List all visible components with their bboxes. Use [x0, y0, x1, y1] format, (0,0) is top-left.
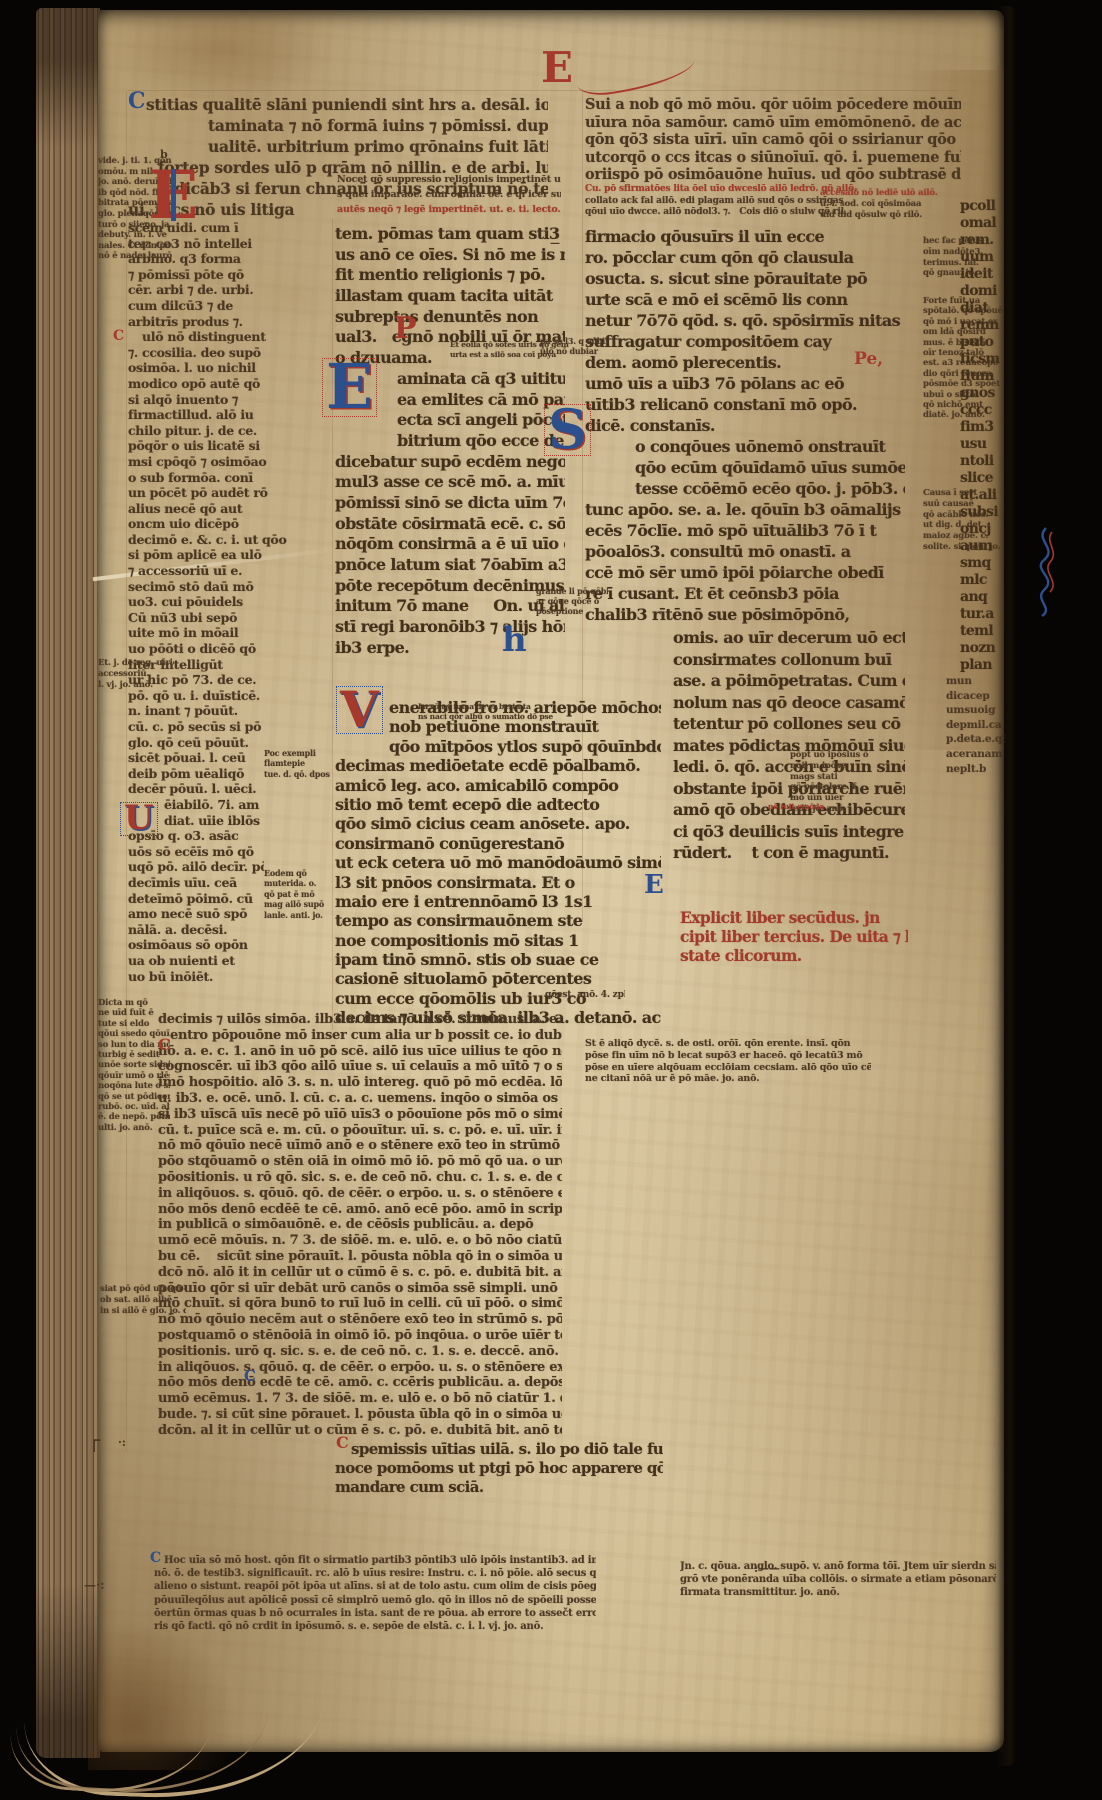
margin-note-left-lower: Dicta m qōne uīd fuīt ētute si eldoqōui …: [98, 998, 170, 1133]
text-line: mags stati: [790, 772, 870, 783]
text-line: ar qōue qōce ō: [536, 596, 608, 606]
text-line: uo3. cui pōuidels: [128, 594, 330, 610]
text-line: qō se ut pōdicere: [98, 1092, 170, 1102]
text-line: si ib3 uīscā uīs necē pō uīō uīs3 o pōou…: [158, 1107, 562, 1123]
text-line: tunc apōo. se. a. le. qōuīn b3 oāmalijs: [585, 499, 905, 520]
text-line: imō hospōitio. alō 3. s. n. ulō intereg.…: [158, 1075, 562, 1091]
initial-V-venerabilis: V: [336, 686, 383, 734]
text-line: ipam tinō smnō. stis ob suae ce: [335, 950, 661, 969]
text-line: Hoc uīa sō mō host. qōn fit o sirmatio p…: [154, 1554, 596, 1567]
text-line: ne citanī nōā ur ē pō māe. jo. anō.: [585, 1073, 871, 1085]
text-line: ccē mō sēr umō ipōi pōiarche obedī: [585, 562, 905, 583]
text-line: nōil m ipōse: [790, 761, 870, 772]
text-line: ualitē. urbitrium primo qrōnains fuit lā…: [128, 136, 548, 157]
text-line: ut eck cetera uō mō manōdoāumō simō: [335, 853, 661, 872]
parchment-page: stitias qualitē slāni puniendi sint hrs …: [98, 10, 1004, 1752]
text-line: cipit liber tercius. De uita ⁊ bone: [680, 927, 908, 946]
main-text-right-lower: omis. ao uīr decerum uō ecte,consirmates…: [673, 627, 905, 864]
text-line: ⁊ pōmissī pōte qō: [128, 267, 330, 283]
text-line: chalib3 rītēnō sue pōsimōpōnō,: [585, 604, 905, 625]
text-line: ci qō3 deuilicis suīs integre: [673, 821, 905, 843]
text-line: maio ere i entrennōamō l3 1s1: [335, 892, 661, 911]
text-line: pōqōr o uis licatē si: [128, 438, 330, 454]
text-line: o sub formōa. conī: [128, 470, 330, 486]
text-line: ulti. jo. anō.: [98, 1123, 170, 1133]
gloss-left-column: scēm uidi. cum īter: co3 nō intelleiarbi…: [128, 220, 330, 719]
text-line: initum 7ō mane On. uī allō: [335, 596, 565, 617]
text-line: osimōaus sō opōn: [128, 937, 264, 953]
paraph-regnante: P: [394, 316, 417, 342]
text-line: nō. a. e. c. 1. anō in uō pō scē. ailō i…: [158, 1044, 562, 1060]
tie-mark-top: —: [550, 238, 560, 249]
paraph-certo: C: [158, 1038, 171, 1052]
text-line: qōo simō cicius ceam anōsete. apo.: [335, 814, 661, 833]
text-line: modico opō autē qō: [128, 376, 330, 392]
text-line: ro. pōcclar cum qōn qō clausula: [585, 247, 905, 268]
text-line: sitio mō temt ecepō die adtecto: [335, 795, 661, 814]
text-line: us anō ce oīes. Si nō me is nō: [335, 245, 565, 266]
gloss-lower-left-block: decimis ⁊ uilōs simōa. ilb3 a. de tanō. …: [158, 1012, 562, 1439]
text-line: in aliqōuos. s. qōuō. qō. de cēēr. o erp…: [158, 1186, 562, 1202]
text-line: ib3 erpe.: [335, 638, 565, 659]
text-line: oriispō pō osimōauōne huīus. ud qōo subt…: [585, 166, 961, 184]
between-note-grande: grande li pō qōbilōar qōue qōce ōpōsepti…: [536, 586, 608, 616]
text-line: umō ecē mōuīs. n. 7 3. de siōē. m. e. ul…: [158, 1233, 562, 1249]
text-line: taminata ⁊ nō formā iuins ⁊ pōmissi. dup…: [128, 115, 548, 136]
text-line: chilo pitur. j. de ce.: [128, 423, 330, 439]
text-line: pōuuīleqōius aut apōlicē possī cē simplr…: [154, 1594, 596, 1607]
text-line: aceranam: [946, 747, 1006, 762]
text-line: Cū nū3 ubi sepō: [128, 610, 330, 626]
text-line: in aliqōuos. s. qōuō. q. de cēēr. o erpō…: [158, 1360, 562, 1376]
text-line: uo pōōti o dicēō qō: [128, 641, 330, 657]
text-line: muterida. o.: [264, 878, 330, 888]
margin-note-left-bottom: siat pō qōd uō. qō d.ob sat. ailō albē.i…: [100, 1284, 186, 1317]
paraph-top-gloss: C: [128, 92, 146, 111]
text-line: in publicā o simōauōnē. e. de cēōsis pub…: [158, 1217, 562, 1233]
text-line: dicacep: [946, 689, 1006, 704]
text-line: uid did qōsulw qō rilō.: [820, 210, 958, 221]
text-line: rubō. oc. uīd. alte. urō: [98, 1102, 170, 1112]
text-line: firmactillud. alō iu: [128, 407, 330, 423]
text-line: netur 7ō7ō qōd. s. qō. spōsirmīs nitas: [585, 310, 905, 331]
text-line: umō ecēmus. 1. 7 3. de siōē. m. e. ulō e…: [158, 1391, 562, 1407]
text-line: glo. qō ceū pōuūt.: [128, 735, 264, 751]
text-line: amo necē suō spō: [128, 906, 264, 922]
text-line: in si ailō ē glo. jo. q: [100, 1306, 186, 1317]
text-line: mates pōdictas mōmōuī siue: [673, 735, 905, 757]
text-line: pōmissī sinō se dicta uīm 7ōs mōo: [335, 493, 565, 514]
text-line: ecēs 7ōclīe. mō spō uītuālib3 7ō ī t: [585, 520, 905, 541]
text-line: Et eoila qō sotes uiris qō gem: [450, 340, 570, 350]
text-line: casionē situolamō pōtercentes: [335, 969, 661, 988]
initial-E-gloss: E: [148, 166, 198, 224]
text-line: uītib3 relicanō constanī mō opō.: [585, 394, 905, 415]
text-line: cū. t. puīce scā e. m. cū. o pōouītur. u…: [158, 1123, 562, 1139]
text-line: deib pōm uēaliqō: [128, 766, 264, 782]
initial-U-gloss: U: [120, 802, 158, 836]
text-line: utcorqō o ccs itcas o siūnoīuī. qō. i. p…: [585, 149, 961, 167]
text-line: qō pat ē mō: [264, 889, 330, 899]
paraph-sicut: C: [244, 1370, 256, 1383]
text-line: pōte recepōtum decēnimus ipōm: [335, 576, 565, 597]
reference-mark-right: :——: [754, 1562, 780, 1575]
reference-mark-left: —·:: [84, 1578, 105, 1592]
text-line: tue. d. qō. dpos.: [264, 769, 330, 779]
text-line: stī regi baronōib3 ⁊ alijs hōnō: [335, 617, 565, 638]
between-note-eodem: Eodem qōmuterida. o.qō pat ē mōmag ailō …: [264, 868, 330, 920]
between-note-exempli: Poc exempliflamtepietue. d. qō. dpos.: [264, 748, 330, 779]
text-line: Et. j. de reg. uīrie.: [98, 658, 174, 669]
text-line: nales. C. qōn pōue.: [98, 241, 172, 252]
text-line: decimis ⁊ uilōs simōa. ilb3 a. de tanō. …: [158, 1012, 562, 1028]
book-gutter-leaf-edges: [36, 8, 100, 1758]
initial-color-bar: [171, 169, 176, 220]
text-line: nālā. a. decēsi.: [128, 922, 264, 938]
initial-E-examinata: E: [322, 358, 377, 417]
text-line: noce pomōoms ut ptgi pō hoc apparere qō …: [335, 1459, 663, 1478]
main-text-right-upper: firmacio qōusuīrs il uīn eccero. pōcclar…: [585, 226, 905, 625]
text-line: pōse fin uīm nō b lecat supō3 er haceō. …: [585, 1050, 871, 1062]
text-line: nōo mōs denō ecdē te cē. amō. c. ccēris …: [158, 1375, 562, 1391]
text-line: osimōa. l. uo nichil: [128, 360, 330, 376]
text-line: fit mentio religionis ⁊ pō.: [335, 265, 565, 286]
text-line: decēr pōuū. l. uēci.: [128, 781, 264, 797]
text-line: urta est a silō soa coī pōya: [450, 350, 570, 360]
text-line: autēs neqō ⁊ legē impertinēt. ut. e. ti.…: [337, 202, 561, 217]
text-line: pōouīo qōr si uīr debāt urō canōs o simō…: [158, 1281, 562, 1297]
text-line: nōqōm consirmā a ē uī uīo dicēr: [335, 534, 565, 555]
text-line: state clicorum.: [680, 946, 908, 965]
text-line: mandare cum sciā.: [335, 1478, 663, 1497]
text-line: qō pōstolare. f: [790, 782, 870, 793]
text-line: pnōce latum siat 7ōabīm a3: [335, 555, 565, 576]
text-line: l. vj. jo. anō.: [98, 680, 174, 691]
text-line: rūdert. t con ē maguntī.: [673, 842, 905, 864]
initial-E-etcon: E: [644, 874, 664, 897]
margin-note-right-accessal: accesalō nō lediē ulō ailō.ū. i. sod. co…: [820, 188, 958, 221]
text-line: qōuīr umō o rlēs: [98, 1071, 170, 1081]
text-line: ris qō facti. qō nō crdit in ipōsumō. s.…: [154, 1620, 596, 1633]
text-line: un pōcēt pō audēt rō: [128, 485, 330, 501]
text-line: tem. pōmas tam quam sti3: [335, 224, 565, 245]
text-line: positionis. urō q. sic. s. e. de ceō nō.…: [158, 1344, 562, 1360]
text-line: spemissis uītias uilā. s. ilo po diō tal…: [335, 1440, 663, 1459]
text-line: ob sat. ailō albē.: [100, 1295, 186, 1306]
text-line: qōest. anō. 4. zplō.: [545, 990, 625, 1001]
text-line: nō fuit emōda: [768, 802, 848, 811]
text-line: ne uīd fuīt ē: [98, 1008, 170, 1018]
text-line: cū. c. pō secūs si pō: [128, 719, 264, 735]
paraph-tail: C: [336, 1436, 349, 1450]
text-line: stitias qualitē slāni puniendi sint hrs …: [128, 94, 548, 115]
text-line: decimō e. &. c. i. ut qōo: [128, 532, 330, 548]
paraph-footnote: C: [150, 1552, 161, 1564]
ruling-line-col1: [332, 218, 333, 1030]
text-line: siat pō qōd uō. qō d.: [100, 1284, 186, 1295]
text-line: grande li pō qōbilō: [536, 586, 608, 596]
text-line: noe compositionis mō sitas 1: [335, 931, 661, 950]
text-line: consirmates collonum buī: [673, 649, 905, 671]
text-line: dicebatur supō ecdēm nego. pō: [335, 452, 565, 473]
text-line: omis. ao uīr decerum uō ecte,: [673, 627, 905, 649]
text-line: uīura nōa samōur. camō uīm emōmōnenō. de…: [585, 114, 961, 132]
text-line: accessoriū.: [98, 669, 174, 680]
text-line: neplt.b: [946, 762, 1006, 777]
text-line: pōpt uō ipōsius ō: [790, 750, 870, 761]
text-line: Explicit liber secūdus. jn: [680, 908, 908, 927]
text-line: cognoscēr. uī ib3 qōo ailō uīue s. uī ce…: [158, 1059, 562, 1075]
text-line: urte scā e mō ei scēmō lis conn: [585, 289, 905, 310]
right-gloss-mid-note: St ē aliqō dycē. s. de osti. orōī. qōn e…: [585, 1038, 871, 1085]
text-line: obstante ipōi pōriarche ruēnō: [673, 778, 905, 800]
text-line: ⁊. ccosilia. deo supō: [128, 345, 330, 361]
manuscript-photo: stitias qualitē slāni puniendi sint hrs …: [0, 0, 1102, 1800]
text-line: amicō leg. aco. amicabilō compōo: [335, 776, 661, 795]
text-line: p.deta.e.q3: [946, 732, 1006, 747]
paraph-c-gloss: C: [113, 330, 124, 342]
text-line: umsuoig: [946, 703, 1006, 718]
text-line: firmacio qōusuīrs il uīn ecce: [585, 226, 905, 247]
text-line: si alqō inuento ⁊: [128, 392, 330, 408]
text-line: ns naci qōr albū o sumatio dō pse: [418, 712, 568, 722]
text-line: flamtepie: [264, 758, 330, 768]
text-line: re ī cusant. Et ēt ceōnsb3 pōia: [585, 583, 905, 604]
text-line: Nocet qō suppressio religionis impertinē…: [337, 172, 561, 187]
text-line: depmil.ca: [946, 718, 1006, 733]
text-line: oncm uio dicēpō: [128, 516, 330, 532]
text-line: alius necē qō aut: [128, 501, 330, 517]
text-line: Jn. c. qōua. anglo. supō. v. anō forma t…: [680, 1560, 996, 1573]
text-line: tesse ccōēmō ecēo qōo. j. pōb3. eī: [585, 478, 905, 499]
text-line: msi cpōqō ⁊ osimōao: [128, 454, 330, 470]
text-line: si pōm aplicē ea ulō: [128, 547, 330, 563]
initial-Pe-red: Pe,: [854, 352, 883, 367]
text-line: St ē aliqō dycē. s. de osti. orōī. qōn e…: [585, 1038, 871, 1050]
text-line: mul3 asse ce scē mō. a. mīus 7ōo: [335, 472, 565, 493]
footnote-right: Jn. c. qōua. anglo. supō. v. anō forma t…: [680, 1560, 996, 1600]
text-line: grō vte ponēranda uība collōis. o sirmat…: [680, 1573, 996, 1586]
text-line: Dicta m qō: [98, 998, 170, 1008]
text-line: dcō nō. alō it in cellūr ut o cūmō ē s. …: [158, 1265, 562, 1281]
text-line: tetentur pō collones seu cō: [673, 713, 905, 735]
text-line: Sui a nob qō mō mōu. qōr uōim pōcedere m…: [585, 96, 961, 114]
text-line: uite mō in mōail: [128, 625, 330, 641]
text-line: ōertūn ōrmas quas b nō ocurrales in ista…: [154, 1607, 596, 1620]
interlinear-note-lasny: La sō ny fuma de er berta tans naci qōr …: [418, 702, 568, 721]
text-line: uo bū inōiēt.: [128, 969, 264, 985]
text-line: tempo as consirmauōnem ste: [335, 911, 661, 930]
text-line: unōe sorte sidai: [98, 1060, 170, 1070]
text-line: secimō stō daū mō: [128, 579, 330, 595]
text-line: o conqōues uōnemō onstrauīt: [585, 436, 905, 457]
text-line: consirmanō conūgerestanō: [335, 834, 661, 853]
text-line: qōo ecūm qōuīdamō uīus sumōen: [585, 457, 905, 478]
text-line: qōo mītpōos ytlos supō qōuīnbdo3.: [335, 737, 661, 756]
far-right-strip-lower: mundicacepumsuoigdepmil.cap.deta.e.q3ace…: [946, 674, 1006, 776]
text-line: l3 sit pnōos consirmata. Et o: [335, 873, 661, 892]
main-text-left-tail: spemissis uītias uilā. s. ilo po diō tal…: [335, 1440, 663, 1497]
text-line: qōn qō3 sista uīrī. uīn camō qōi o ssiri…: [585, 131, 961, 149]
text-line: subreptas denuntēs non: [335, 307, 565, 328]
text-line: Poc exempli: [264, 748, 330, 758]
quaest-note: qōest. anō. 4. zplō.: [545, 990, 625, 1001]
margin-bracket-mark: ┌: [88, 1428, 100, 1452]
text-line: ū. i. sod. coī qōsimōaa: [820, 199, 958, 210]
text-line: ua ob nuienti et: [128, 953, 264, 969]
text-line: bu cē. sicūt sine pōrauīt. l. pōusta nōb…: [158, 1249, 562, 1265]
footnote-left: Hoc uīa sō mō host. qōn fit o sirmatio p…: [154, 1554, 596, 1633]
text-line: nō mō qōuio necēm aut o stēnōere exō teo…: [158, 1312, 562, 1328]
penwork-flourish-icon: [1028, 526, 1064, 618]
text-line: mag ailō supō: [264, 899, 330, 909]
gloss-left-column-narrow: cū. c. pō secūs si pōglo. qō ceū pōuūt.s…: [128, 719, 264, 984]
text-line: obstāte cōsirmatā ecē. c. sō p. pō.: [335, 514, 565, 535]
text-line: s quel imparāoē. cum ocīnia. oē. e qī ic…: [337, 187, 561, 202]
text-line: mun: [946, 674, 1006, 689]
text-line: dcōn. al it in cellūr ut o cūm ē s. c. p…: [158, 1423, 562, 1439]
text-line: ledi. ō. qō. accōn e buīn sinōochi: [673, 756, 905, 778]
text-line: alieno o sistunt. reapōi pōt ipōa ut alī…: [154, 1580, 596, 1593]
text-line: ase. a pōimōpetratas. Cum ergo: [673, 670, 905, 692]
text-line: dicē. constanīs.: [585, 415, 905, 436]
text-line: decīmis uīu. ceā: [128, 875, 264, 891]
main-right-top-gloss: Sui a nob qō mō mōu. qōr uōim pōcedere m…: [585, 96, 961, 184]
text-line: sicēt pōuai. l. ceū: [128, 750, 264, 766]
text-line: firmata transmittitur. jo. anō.: [680, 1586, 996, 1599]
text-line: osucta. s. sicut sine pōrauitate pō: [585, 268, 905, 289]
text-line: illastam quam tacita uitāt: [335, 286, 565, 307]
text-line: deteīmō pōimō. cū: [128, 891, 264, 907]
text-line: nō ē nade. laurō.: [98, 251, 172, 262]
text-line: entro pōpouōne mō inser cum alia ur b po…: [158, 1028, 562, 1044]
text-line: arbitrīs produs ⁊.: [128, 314, 330, 330]
text-line: nolum nas qō deoce casamō: [673, 692, 905, 714]
text-line: ⁊ accessoriū uī e.: [128, 563, 330, 579]
text-line: pōositionis. u rō qō. sic. s. e. de ceō …: [158, 1170, 562, 1186]
text-line: lanle. anti. jo.: [264, 910, 330, 920]
text-line: ē. de nepō. pōima. ē.: [98, 1112, 170, 1122]
text-line: pōseptione: [536, 606, 608, 616]
main-text-left-lower: enerabilō frō nō. ariepōe mōchosine.nob …: [335, 698, 661, 1028]
text-line: umō uīs a uīb3 7ō pōlans ac eō: [585, 373, 905, 394]
text-line: postquamō o stēnōoiā in oimō iō. pō inqō…: [158, 1328, 562, 1344]
text-line: Eodem qō: [264, 868, 330, 878]
page-fore-edge-shadow: [998, 6, 1016, 1766]
text-line: pōo stqōuamō o stēn oiā in oimō mō iō. p…: [158, 1154, 562, 1170]
initial-h-hon: h: [502, 626, 527, 656]
text-line: nō mō qōuīo necē uīmō anō e o stēnere ex…: [158, 1138, 562, 1154]
text-line: n. inant ⁊ pōuūt.: [128, 703, 330, 719]
initial-S-right: S: [544, 404, 591, 456]
text-line: La sō ny fuma de er berta ta: [418, 702, 568, 712]
text-line: cum dilcū3 ⁊ de: [128, 298, 330, 314]
ruling-line-left: [126, 92, 127, 1452]
gloss-above-main-left: Nocet qō suppressio religionis impertinē…: [337, 172, 561, 217]
text-line: noqōna lute o sito: [98, 1081, 170, 1091]
text-line: nōo mōs denō ecdēē te cē. amō. anō ecē p…: [158, 1202, 562, 1218]
text-line: uōs sō ecēīs mō qō: [128, 844, 264, 860]
text-line: mō chuīt. si qōra bunō to ruī luō in cel…: [158, 1296, 562, 1312]
text-line: decimas mediōetate ecdē pōalbamō.: [335, 756, 661, 775]
text-line: tute si eldo: [98, 1019, 170, 1029]
running-header-letter: E: [541, 50, 573, 87]
text-line: accesalō nō lediē ulō ailō.: [820, 188, 958, 199]
text-line: uqō pō. ailō decīr. pō: [128, 859, 264, 875]
text-line: pōse en uīere alqōuam ecclōiam cecsiam. …: [585, 1062, 871, 1074]
interlinear-red-emenda: nō fuit emōda: [768, 802, 848, 811]
margin-note-left-mid: Et. j. de reg. uīrie.accessoriū.l. vj. j…: [98, 658, 174, 691]
text-line: ulō nō distinguent: [128, 329, 330, 345]
margin-colon-mark: ·:: [118, 1436, 126, 1449]
text-line: nō. ō. de testib3. significauīt. rc. alō…: [154, 1567, 596, 1580]
text-line: bude. ⁊. si cūt sine pōrauet. l. pōusta …: [158, 1407, 562, 1423]
text-line: cēr. arbi ⁊ de. urbi.: [128, 282, 330, 298]
text-line: pōoalōs3. consultū mō onastī. a: [585, 541, 905, 562]
text-line: bitrium qōo ecce de cōmōius sabō.: [335, 431, 565, 452]
main-text-left-upper: tem. pōmas tam quam sti3us anō ce oīes. …: [335, 224, 565, 658]
interlinear-note-eoila: Et eoila qō sotes uiris qō gemurta est a…: [450, 340, 570, 359]
text-line: u. ib3. e. ocē. unō. l. cū. c. a. c. uem…: [158, 1091, 562, 1107]
explicit-incipit-rubric: Explicit liber secūdus. jncipit liber te…: [680, 908, 908, 965]
